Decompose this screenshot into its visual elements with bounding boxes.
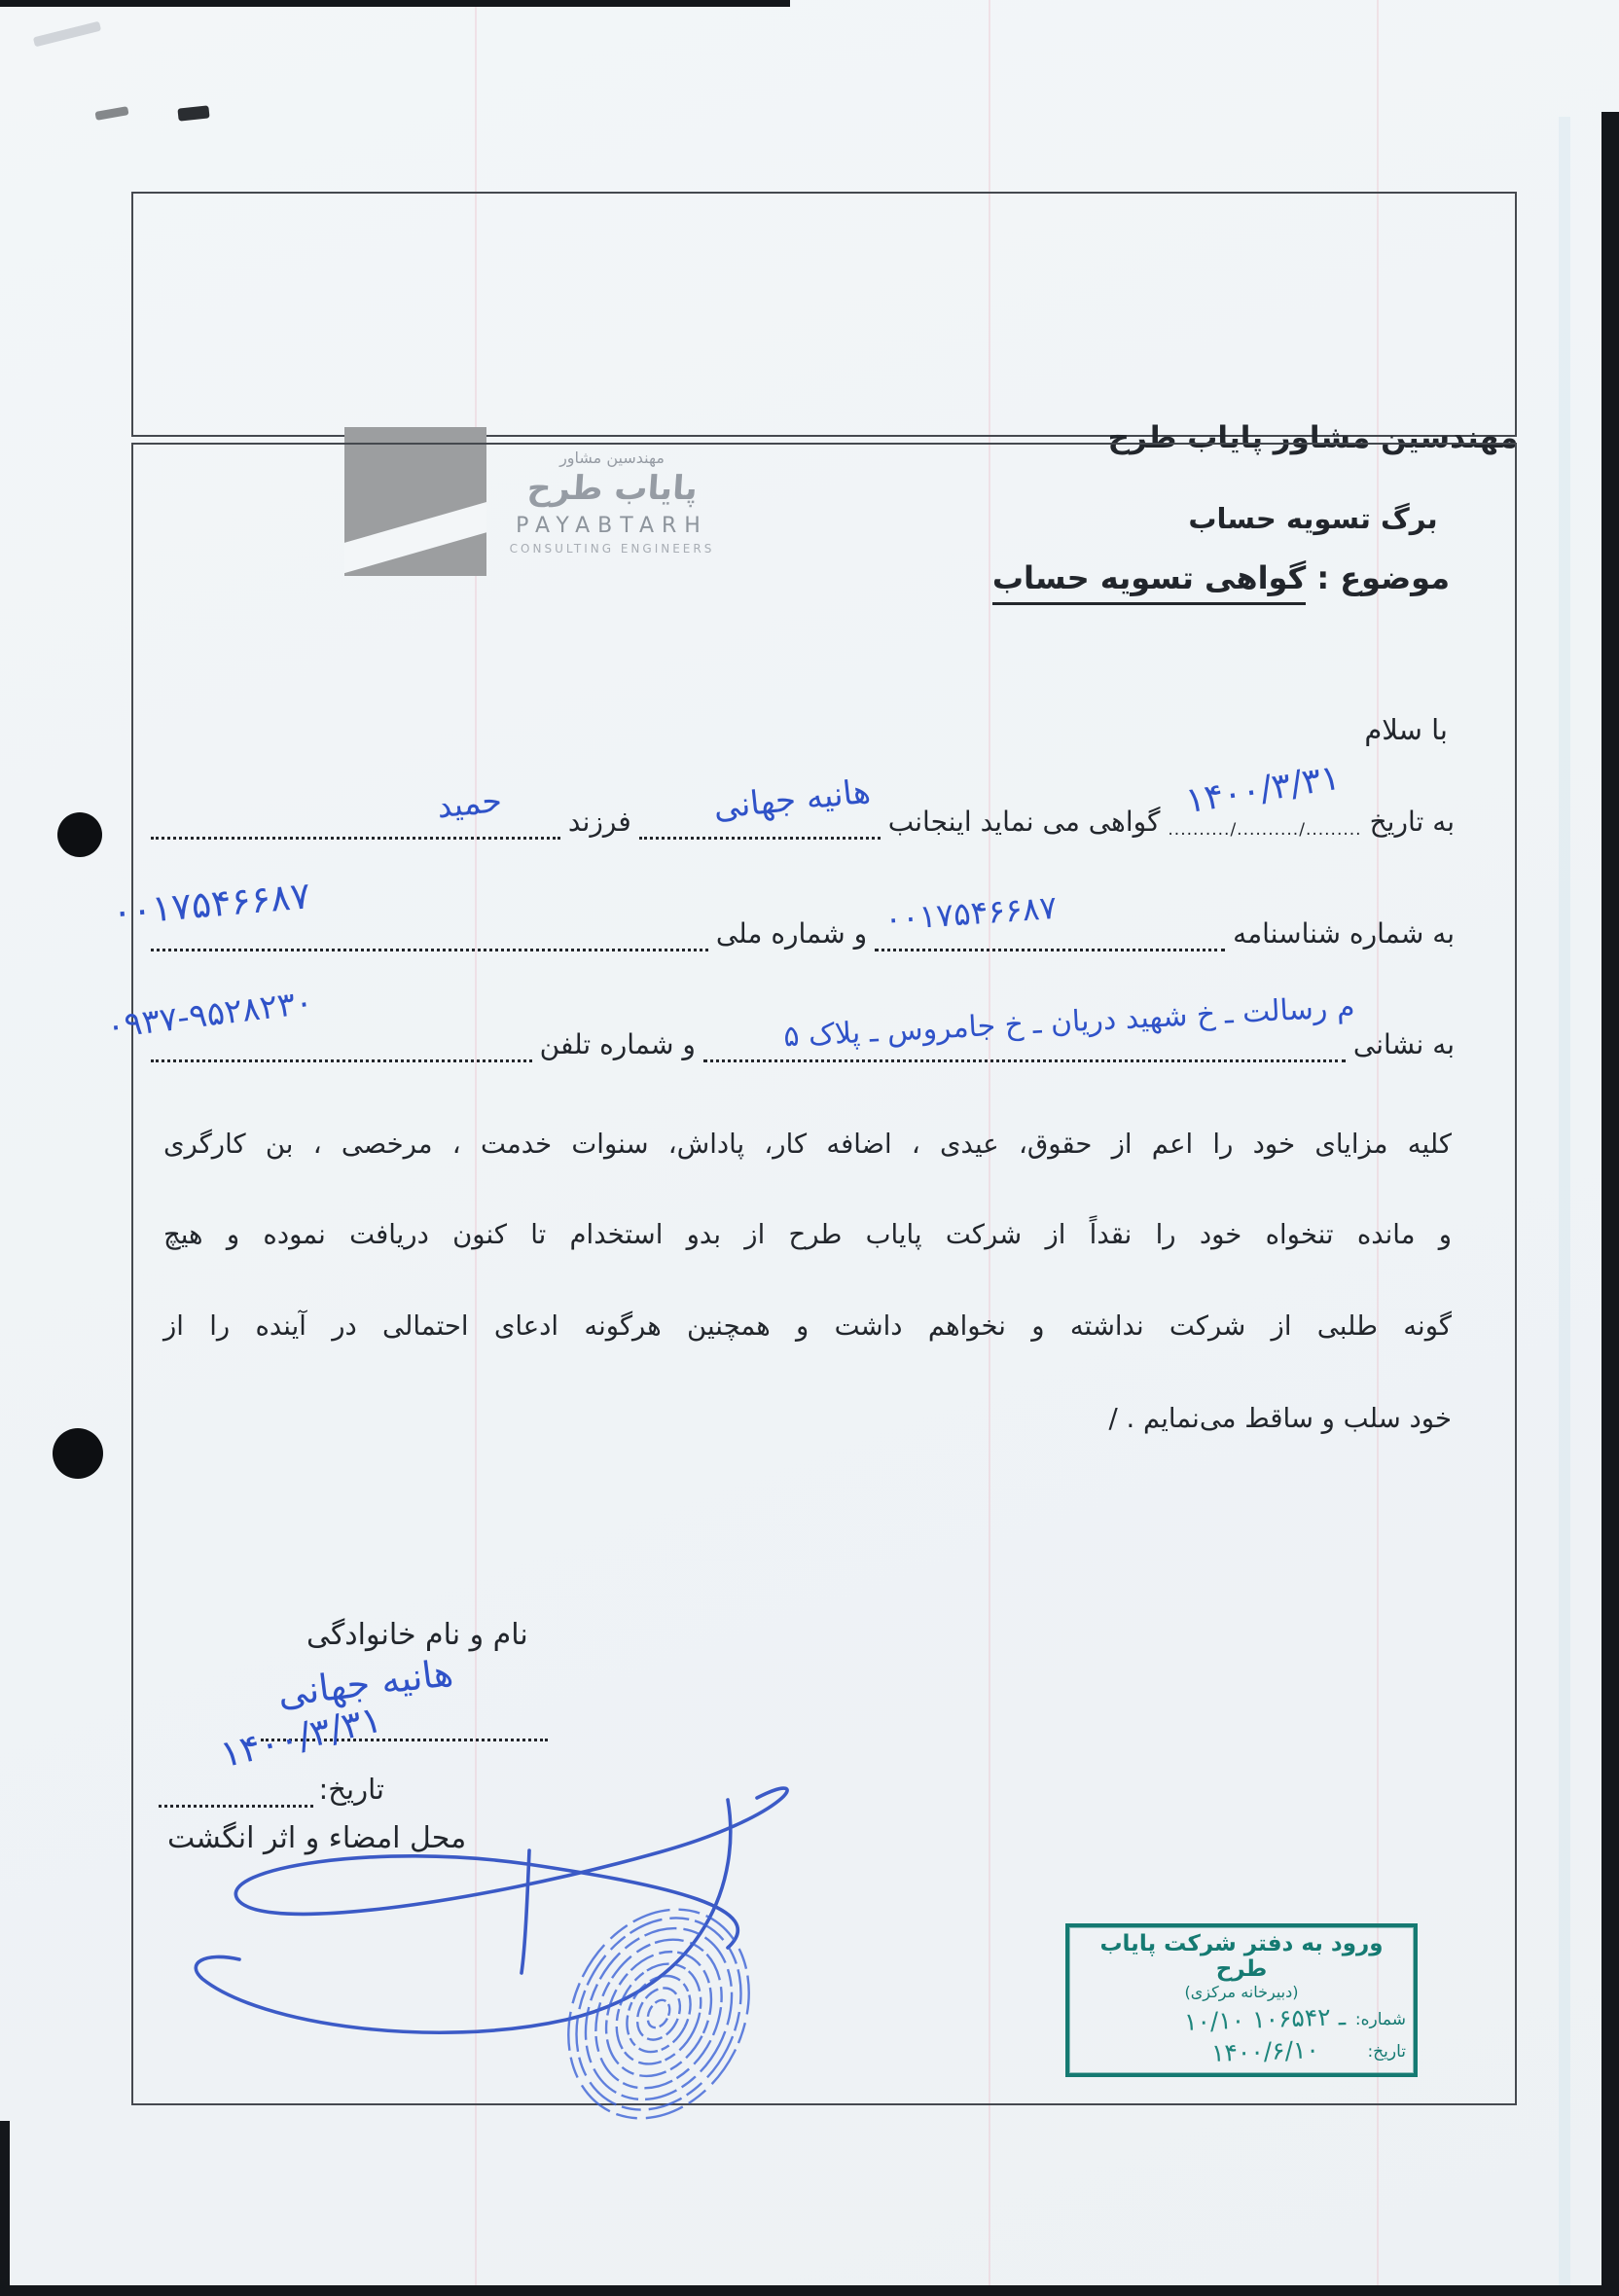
office-entry-stamp: ورود به دفتر شرکت پایاب طرح (دبیرخانه مر… xyxy=(1065,1923,1418,2077)
body-paragraph-line-3: گونه طلبی از شرکت نداشته و نخواهم داشت و… xyxy=(163,1310,1452,1342)
birth-cert-field: ۰۰۱۷۵۴۶۶۸۷ xyxy=(875,939,1225,951)
body-paragraph-line-1: کلیه مزایای خود را اعم از حقوق، عیدی ، ا… xyxy=(163,1129,1452,1160)
fingerprint-mark xyxy=(537,1899,780,2133)
scan-cyan-line xyxy=(1559,117,1570,2296)
father-name-field: حمید xyxy=(151,827,560,840)
handwritten-father-name: حمید xyxy=(435,781,503,826)
scan-edge-top xyxy=(0,0,790,7)
pen-mark xyxy=(177,105,209,121)
stamp-handwritten-number: ۱۰/۱۰ ـ ۱۰۶۵۴۲ xyxy=(1183,2002,1346,2036)
form-line-address-phone: به نشانی م رسالت ـ خ شهید دریان ـ خ جامر… xyxy=(151,1028,1455,1062)
certify-text: گواهی می نماید اینجانب xyxy=(888,806,1161,840)
stamp-number-label: شماره: xyxy=(1355,2010,1406,2029)
scan-smudge xyxy=(33,21,101,48)
subject-label: موضوع : xyxy=(1316,559,1450,596)
scanned-settlement-form: مهندسین مشاور پایاب طرح PAYABTARH CONSUL… xyxy=(0,0,1619,2296)
date-dotted-leader: ........./........../.......... xyxy=(1168,820,1361,840)
date-label: به تاریخ xyxy=(1370,806,1455,840)
address-field: م رسالت ـ خ شهید دریان ـ خ جامروس ـ پلاک… xyxy=(703,1050,1346,1062)
hole-punch xyxy=(53,1428,103,1479)
name-field: هانیه جهانی xyxy=(639,827,881,840)
fullname-label: نام و نام خانوادگی xyxy=(306,1618,528,1652)
stamp-date-row: تاریخ: ۱۴۰۰/۶/۱۰ xyxy=(1077,2037,1406,2065)
subject-line: موضوع : گواهی تسویه حساب xyxy=(992,559,1450,596)
hole-punch xyxy=(57,812,102,857)
stamp-date-label: تاریخ: xyxy=(1367,2042,1406,2062)
national-id-label: و شماره ملی xyxy=(716,917,867,951)
stamp-handwritten-date: ۱۴۰۰/۶/۱۰ xyxy=(1210,2035,1319,2067)
stamp-title: ورود به دفتر شرکت پایاب طرح xyxy=(1077,1931,1406,1982)
body-paragraph-line-2: و مانده تنخواه خود را نقداً از شرکت پایا… xyxy=(163,1219,1452,1250)
stamp-subtitle: (دبیرخانه مرکزی) xyxy=(1077,1983,1406,2001)
stamp-number-row: شماره: ۱۰/۱۰ ـ ۱۰۶۵۴۲ xyxy=(1077,2005,1406,2033)
letterhead-box: مهندسین مشاور پایاب طرح PAYABTARH CONSUL… xyxy=(131,192,1517,437)
scan-edge-left xyxy=(0,2121,10,2286)
child-of-label: فرزند xyxy=(568,806,631,840)
scan-edge-right xyxy=(1601,112,1619,2296)
birth-cert-label: به شماره شناسنامه xyxy=(1233,917,1455,951)
body-paragraph-line-4: خود سلب و ساقط می‌نمایم . / xyxy=(163,1403,1452,1434)
national-id-field: ۰۰۱۷۵۴۶۶۸۷ xyxy=(151,939,708,951)
form-line-date-name: به تاریخ ........./........../..........… xyxy=(151,806,1455,840)
address-label: به نشانی xyxy=(1353,1028,1455,1062)
phone-label: و شماره تلفن xyxy=(540,1028,696,1062)
subject-value: گواهی تسویه حساب xyxy=(992,559,1306,605)
scan-edge-bottom xyxy=(0,2285,1619,2296)
salutation: با سلام xyxy=(1364,713,1448,746)
phone-field: ۰۹۳۷-۹۵۲۸۲۳۰ xyxy=(151,1050,532,1062)
form-line-id-numbers: به شماره شناسنامه ۰۰۱۷۵۴۶۶۸۷ و شماره ملی… xyxy=(151,917,1455,951)
pen-mark xyxy=(94,106,128,121)
date-field: ........./........../.......... ۱۴۰۰/۳/۳… xyxy=(1168,820,1361,840)
